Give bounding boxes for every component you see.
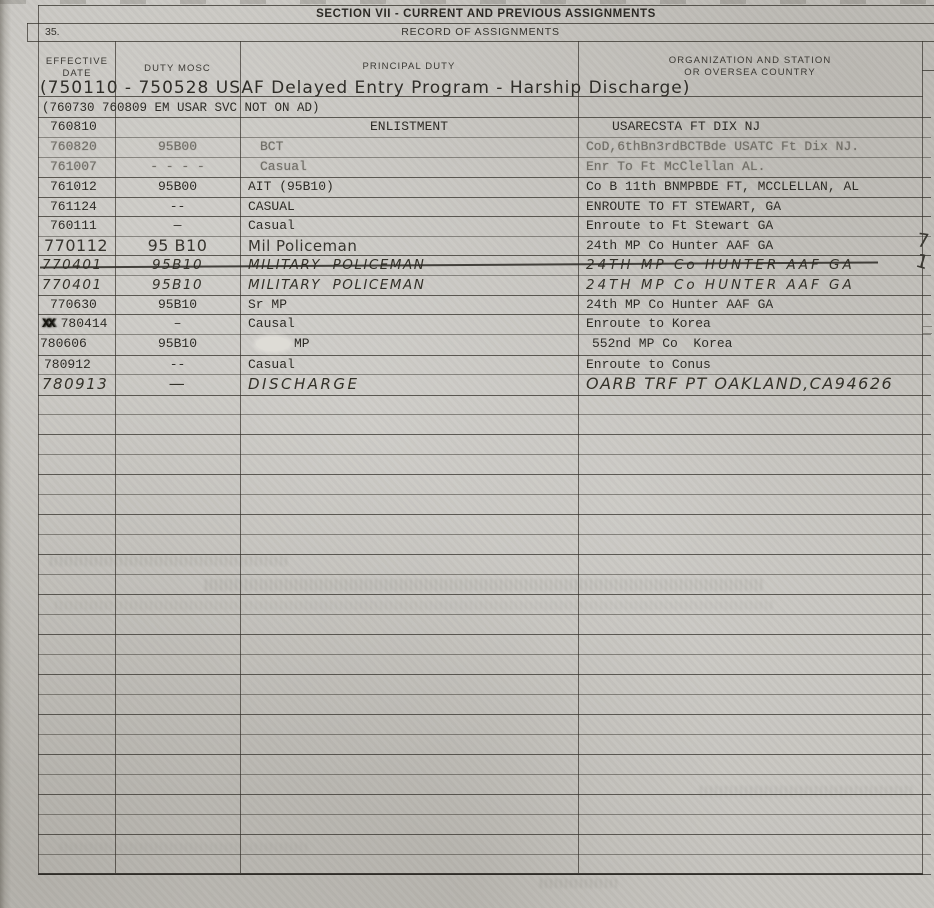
cell-principal-duty: Mil Policeman <box>248 236 357 256</box>
cell-organization: Enr To Ft McClellan AL. <box>586 157 765 177</box>
bleed-through-smudge <box>205 579 765 591</box>
cell-effective-date: 760111 <box>50 216 97 236</box>
cell-duty-mosc: 95B00 <box>115 137 240 157</box>
bleed-through-smudge <box>55 601 775 610</box>
assignment-row: 780913 — DISCHARGE OARB TRF PT OAKLAND,C… <box>38 374 934 395</box>
paper-left-edge-shadow <box>0 0 11 908</box>
cell-organization: CoD,6thBn3rdBCTBde USATC Ft Dix NJ. <box>586 137 859 157</box>
cell-effective-date: 761124 <box>50 197 97 217</box>
assignment-row: 761012 95B00 AIT (95B10) Co B 11th BNMPB… <box>38 177 934 197</box>
cell-principal-duty: Causal <box>248 314 295 334</box>
faint-margin-mark <box>923 326 932 334</box>
faint-footer-mark <box>540 879 620 888</box>
cell-effective-date: 780912 <box>44 355 91 375</box>
assignment-row: 770630 95B10 Sr MP 24th MP Co Hunter AAF… <box>38 295 934 314</box>
cell-organization: 24TH MP Co HUNTER AAF GA <box>586 255 855 275</box>
overstrike-blot: XX <box>42 316 54 331</box>
cell-principal-duty: BCT <box>260 137 283 157</box>
cell-effective-date: 760820 <box>50 137 97 157</box>
column-header-organization-line1: ORGANIZATION AND STATION <box>578 55 922 66</box>
cell-duty-mosc: — <box>115 216 240 236</box>
cell-duty-mosc: – <box>115 314 240 334</box>
cell-duty-mosc: — <box>115 374 240 394</box>
cell-organization: 24th MP Co Hunter AAF GA <box>586 236 773 256</box>
bleed-through-smudge <box>60 843 310 852</box>
grid-line <box>27 41 934 42</box>
record-title-band: 35. RECORD OF ASSIGNMENTS <box>27 23 934 41</box>
cell-organization: ENROUTE TO FT STEWART, GA <box>586 197 781 217</box>
cell-organization: 24TH MP Co HUNTER AAF GA <box>586 275 855 295</box>
typed-note: (760730 760809 EM USAR SVC NOT ON AD) <box>42 98 320 118</box>
cell-effective-date: 780606 <box>40 334 87 354</box>
cell-principal-duty: CASUAL <box>248 197 295 217</box>
column-header-effective-date-line1: EFFECTIVE <box>40 56 114 67</box>
cell-principal-duty: DISCHARGE <box>248 374 360 394</box>
paper-top-edge-smudge <box>0 0 934 4</box>
cell-organization: OARB TRF PT OAKLAND,CA94626 <box>586 374 893 394</box>
cell-effective-date: 770401 <box>42 255 103 275</box>
cell-duty-mosc: 95B10 <box>115 334 240 354</box>
handwritten-note-delayed-entry: (750110 - 750528 USAF Delayed Entry Prog… <box>40 76 920 100</box>
cell-effective-date: 761012 <box>50 177 97 197</box>
cell-organization: 24th MP Co Hunter AAF GA <box>586 295 773 315</box>
scanned-military-record-page: { "document": { "section_title": "SECTIO… <box>0 0 934 908</box>
cell-duty-mosc: 95 B10 <box>115 236 240 256</box>
grid-line <box>922 70 934 71</box>
cell-principal-duty: Casual <box>248 355 295 375</box>
typed-note-row: (760730 760809 EM USAR SVC NOT ON AD) <box>38 98 934 117</box>
assignment-row: 780606 95B10 MP 552nd MP Co Korea <box>38 334 934 355</box>
assignment-row: 780912 -- Casual Enroute to Conus <box>38 355 934 374</box>
cell-effective-date: 760810 <box>50 117 97 137</box>
assignment-row: 770112 95 B10 Mil Policeman 24th MP Co H… <box>38 236 934 256</box>
cell-principal-duty: Casual <box>260 157 307 177</box>
cell-duty-mosc: - - - - <box>115 157 240 177</box>
assignment-row: 760820 95B00 BCT CoD,6thBn3rdBCTBde USAT… <box>38 137 934 157</box>
cell-principal-duty: MP <box>294 334 310 354</box>
column-header-duty-mosc: DUTY MOSC <box>115 63 240 74</box>
cell-organization: Enroute to Korea <box>586 314 711 334</box>
cell-duty-mosc: -- <box>115 355 240 375</box>
cell-principal-duty: ENLISTMENT <box>240 117 578 137</box>
cell-principal-duty: MILITARY POLICEMAN <box>248 275 425 295</box>
cell-organization: Enroute to Conus <box>586 355 711 375</box>
cell-effective-date: XX780414 <box>42 314 107 334</box>
table-bottom-border <box>38 873 923 875</box>
bleed-through-smudge <box>50 556 290 566</box>
cell-duty-mosc: 95B00 <box>115 177 240 197</box>
record-title: RECORD OF ASSIGNMENTS <box>27 23 934 41</box>
empty-ruled-rows <box>38 395 931 875</box>
cell-effective-date: 770401 <box>42 275 103 295</box>
column-header-principal-duty: PRINCIPAL DUTY <box>240 61 578 72</box>
cell-duty-mosc: 95B10 <box>115 295 240 315</box>
cell-effective-date: 770112 <box>44 236 108 256</box>
cell-organization: USARECSTA FT DIX NJ <box>612 117 760 137</box>
assignment-row: 761007 - - - - Casual Enr To Ft McClella… <box>38 157 934 177</box>
cell-effective-date: 770630 <box>50 295 97 315</box>
section-title: SECTION VII - CURRENT AND PREVIOUS ASSIG… <box>38 5 934 23</box>
cell-organization: Enroute to Ft Stewart GA <box>586 216 773 236</box>
assignment-row: 760810 ENLISTMENT USARECSTA FT DIX NJ <box>38 117 934 137</box>
cell-duty-mosc: -- <box>115 197 240 217</box>
cell-organization: Co B 11th BNMPBDE FT, MCCLELLAN, AL <box>586 177 859 197</box>
cell-principal-duty: Sr MP <box>248 295 287 315</box>
cell-effective-date: 780913 <box>42 374 108 394</box>
effective-date-value: 780414 <box>61 316 108 331</box>
cell-principal-duty: AIT (95B10) <box>248 177 334 197</box>
whiteout-correction-blob <box>256 337 290 351</box>
assignment-row: XX780414 – Causal Enroute to Korea <box>38 314 934 334</box>
cell-organization: 552nd MP Co Korea <box>592 334 732 354</box>
assignment-row-struck: 770401 95B10 MILITARY POLICEMAN 24TH MP … <box>38 255 934 275</box>
bleed-through-smudge <box>700 786 915 797</box>
cell-principal-duty: Casual <box>248 216 295 236</box>
assignment-row: 770401 95B10 MILITARY POLICEMAN 24TH MP … <box>38 275 934 295</box>
assignment-row: 761124 -- CASUAL ENROUTE TO FT STEWART, … <box>38 197 934 217</box>
cell-effective-date: 761007 <box>50 157 97 177</box>
assignment-row: 760111 — Casual Enroute to Ft Stewart GA <box>38 216 934 236</box>
cell-duty-mosc: 95B10 <box>115 275 240 295</box>
